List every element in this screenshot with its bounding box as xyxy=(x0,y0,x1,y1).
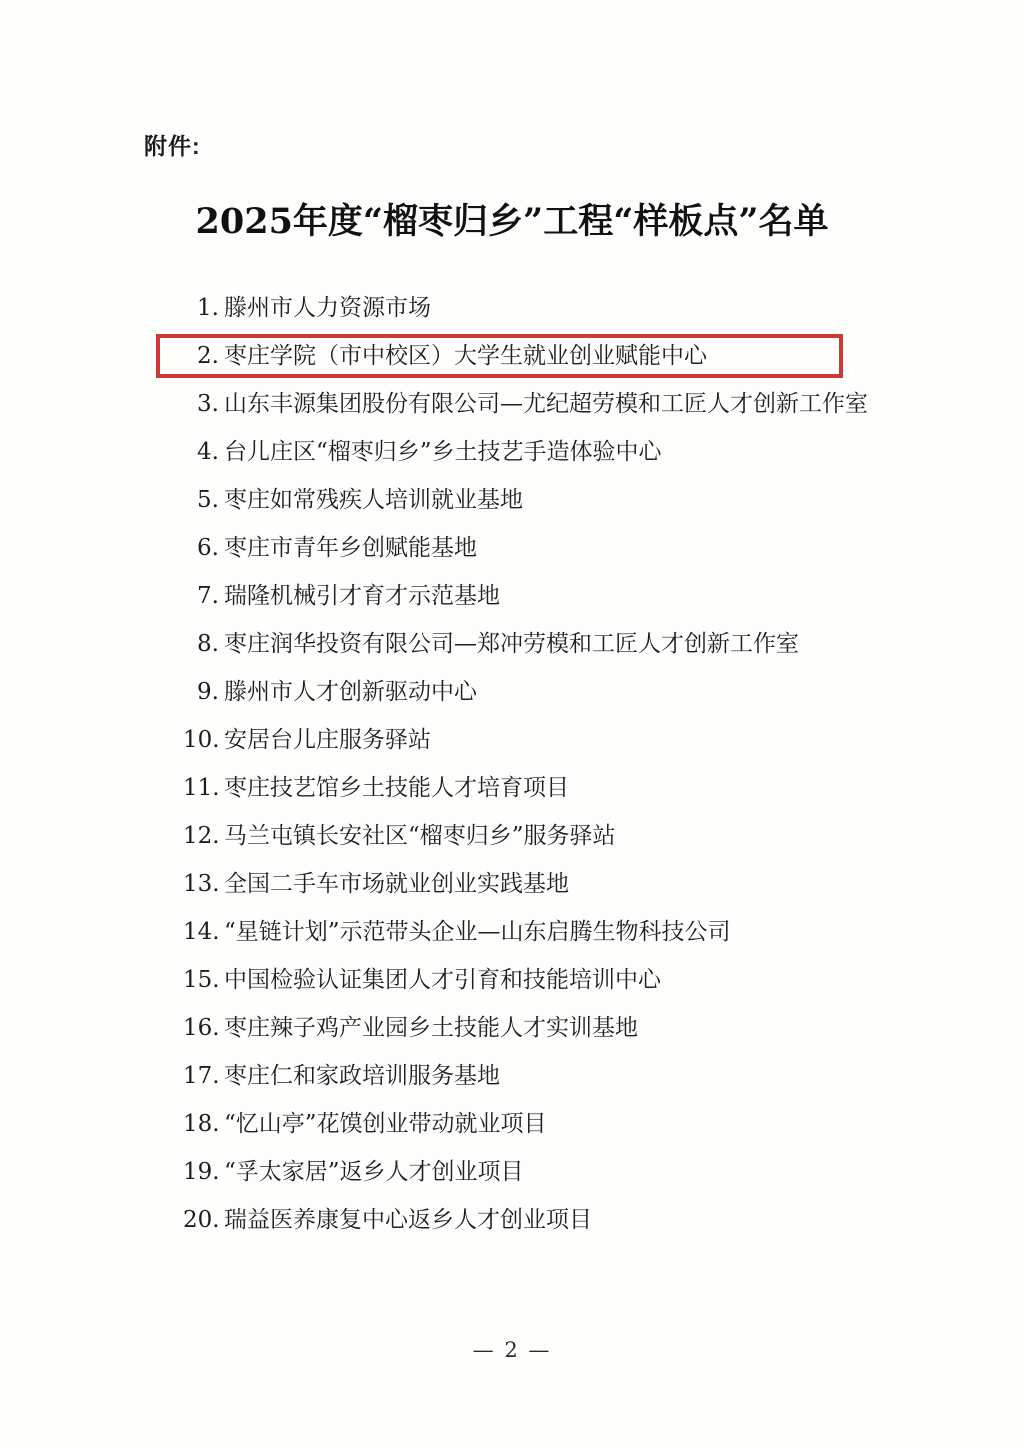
item-text: 枣庄润华投资有限公司—郑冲劳模和工匠人才创新工作室 xyxy=(224,631,799,657)
item-number: 11. xyxy=(183,764,219,812)
item-text: 枣庄如常残疾人培训就业基地 xyxy=(224,487,523,513)
list-item: 1.滕州市人力资源市场 xyxy=(183,284,883,332)
item-number: 7. xyxy=(183,572,219,620)
item-number: 9. xyxy=(183,668,219,716)
item-number: 14. xyxy=(183,908,219,956)
item-text: “忆山亭”花馍创业带动就业项目 xyxy=(224,1111,547,1137)
list-item: 15.中国检验认证集团人才引育和技能培训中心 xyxy=(183,956,883,1004)
item-number: 12. xyxy=(183,812,219,860)
list-item: 9.滕州市人才创新驱动中心 xyxy=(183,668,883,716)
list-item: 18.“忆山亭”花馍创业带动就业项目 xyxy=(183,1100,883,1148)
attachment-label: 附件: xyxy=(144,128,201,161)
item-number: 4. xyxy=(183,428,219,476)
item-text: 枣庄技艺馆乡土技能人才培育项目 xyxy=(224,775,569,801)
list-item: 13.全国二手车市场就业创业实践基地 xyxy=(183,860,883,908)
list-item: 7.瑞隆机械引才育才示范基地 xyxy=(183,572,883,620)
item-number: 15. xyxy=(183,956,219,1004)
page-number: — 2 — xyxy=(0,1338,1024,1362)
list-item: 5.枣庄如常残疾人培训就业基地 xyxy=(183,476,883,524)
list-item: 2.枣庄学院（市中校区）大学生就业创业赋能中心 xyxy=(183,332,883,380)
item-text: 台儿庄区“榴枣归乡”乡土技艺手造体验中心 xyxy=(224,439,662,465)
list-item: 20.瑞益医养康复中心返乡人才创业项目 xyxy=(183,1196,883,1244)
sample-points-list: 1.滕州市人力资源市场2.枣庄学院（市中校区）大学生就业创业赋能中心3.山东丰源… xyxy=(183,284,883,1244)
item-number: 16. xyxy=(183,1004,219,1052)
list-item: 19.“孚太家居”返乡人才创业项目 xyxy=(183,1148,883,1196)
page-title: 2025年度“榴枣归乡”工程“样板点”名单 xyxy=(0,194,1024,244)
item-text: 瑞隆机械引才育才示范基地 xyxy=(224,583,500,609)
item-number: 2. xyxy=(183,332,219,380)
item-number: 1. xyxy=(183,284,219,332)
item-number: 10. xyxy=(183,716,219,764)
item-text: 滕州市人才创新驱动中心 xyxy=(224,679,477,705)
item-text: 枣庄仁和家政培训服务基地 xyxy=(224,1063,500,1089)
item-number: 6. xyxy=(183,524,219,572)
list-item: 4.台儿庄区“榴枣归乡”乡土技艺手造体验中心 xyxy=(183,428,883,476)
item-text: 全国二手车市场就业创业实践基地 xyxy=(224,871,569,897)
item-number: 8. xyxy=(183,620,219,668)
item-text: “星链计划”示范带头企业—山东启腾生物科技公司 xyxy=(224,919,731,945)
item-text: 枣庄辣子鸡产业园乡土技能人才实训基地 xyxy=(224,1015,638,1041)
list-item: 11.枣庄技艺馆乡土技能人才培育项目 xyxy=(183,764,883,812)
item-number: 17. xyxy=(183,1052,219,1100)
item-text: “孚太家居”返乡人才创业项目 xyxy=(224,1159,524,1185)
item-number: 13. xyxy=(183,860,219,908)
item-text: 枣庄学院（市中校区）大学生就业创业赋能中心 xyxy=(224,343,707,369)
item-text: 安居台儿庄服务驿站 xyxy=(224,727,431,753)
document-page: 附件: 2025年度“榴枣归乡”工程“样板点”名单 1.滕州市人力资源市场2.枣… xyxy=(0,0,1024,1448)
list-item: 14.“星链计划”示范带头企业—山东启腾生物科技公司 xyxy=(183,908,883,956)
list-item: 3.山东丰源集团股份有限公司—尤纪超劳模和工匠人才创新工作室 xyxy=(183,380,883,428)
list-item: 6.枣庄市青年乡创赋能基地 xyxy=(183,524,883,572)
item-number: 3. xyxy=(183,380,219,428)
item-text: 山东丰源集团股份有限公司—尤纪超劳模和工匠人才创新工作室 xyxy=(224,391,868,417)
item-number: 20. xyxy=(183,1196,219,1244)
list-item: 10.安居台儿庄服务驿站 xyxy=(183,716,883,764)
item-text: 滕州市人力资源市场 xyxy=(224,295,431,321)
item-text: 马兰屯镇长安社区“榴枣归乡”服务驿站 xyxy=(224,823,616,849)
list-item: 12.马兰屯镇长安社区“榴枣归乡”服务驿站 xyxy=(183,812,883,860)
list-item: 16.枣庄辣子鸡产业园乡土技能人才实训基地 xyxy=(183,1004,883,1052)
item-text: 瑞益医养康复中心返乡人才创业项目 xyxy=(224,1207,592,1233)
list-item: 17.枣庄仁和家政培训服务基地 xyxy=(183,1052,883,1100)
item-number: 19. xyxy=(183,1148,219,1196)
item-text: 枣庄市青年乡创赋能基地 xyxy=(224,535,477,561)
list-item: 8.枣庄润华投资有限公司—郑冲劳模和工匠人才创新工作室 xyxy=(183,620,883,668)
item-text: 中国检验认证集团人才引育和技能培训中心 xyxy=(224,967,661,993)
item-number: 5. xyxy=(183,476,219,524)
item-number: 18. xyxy=(183,1100,219,1148)
